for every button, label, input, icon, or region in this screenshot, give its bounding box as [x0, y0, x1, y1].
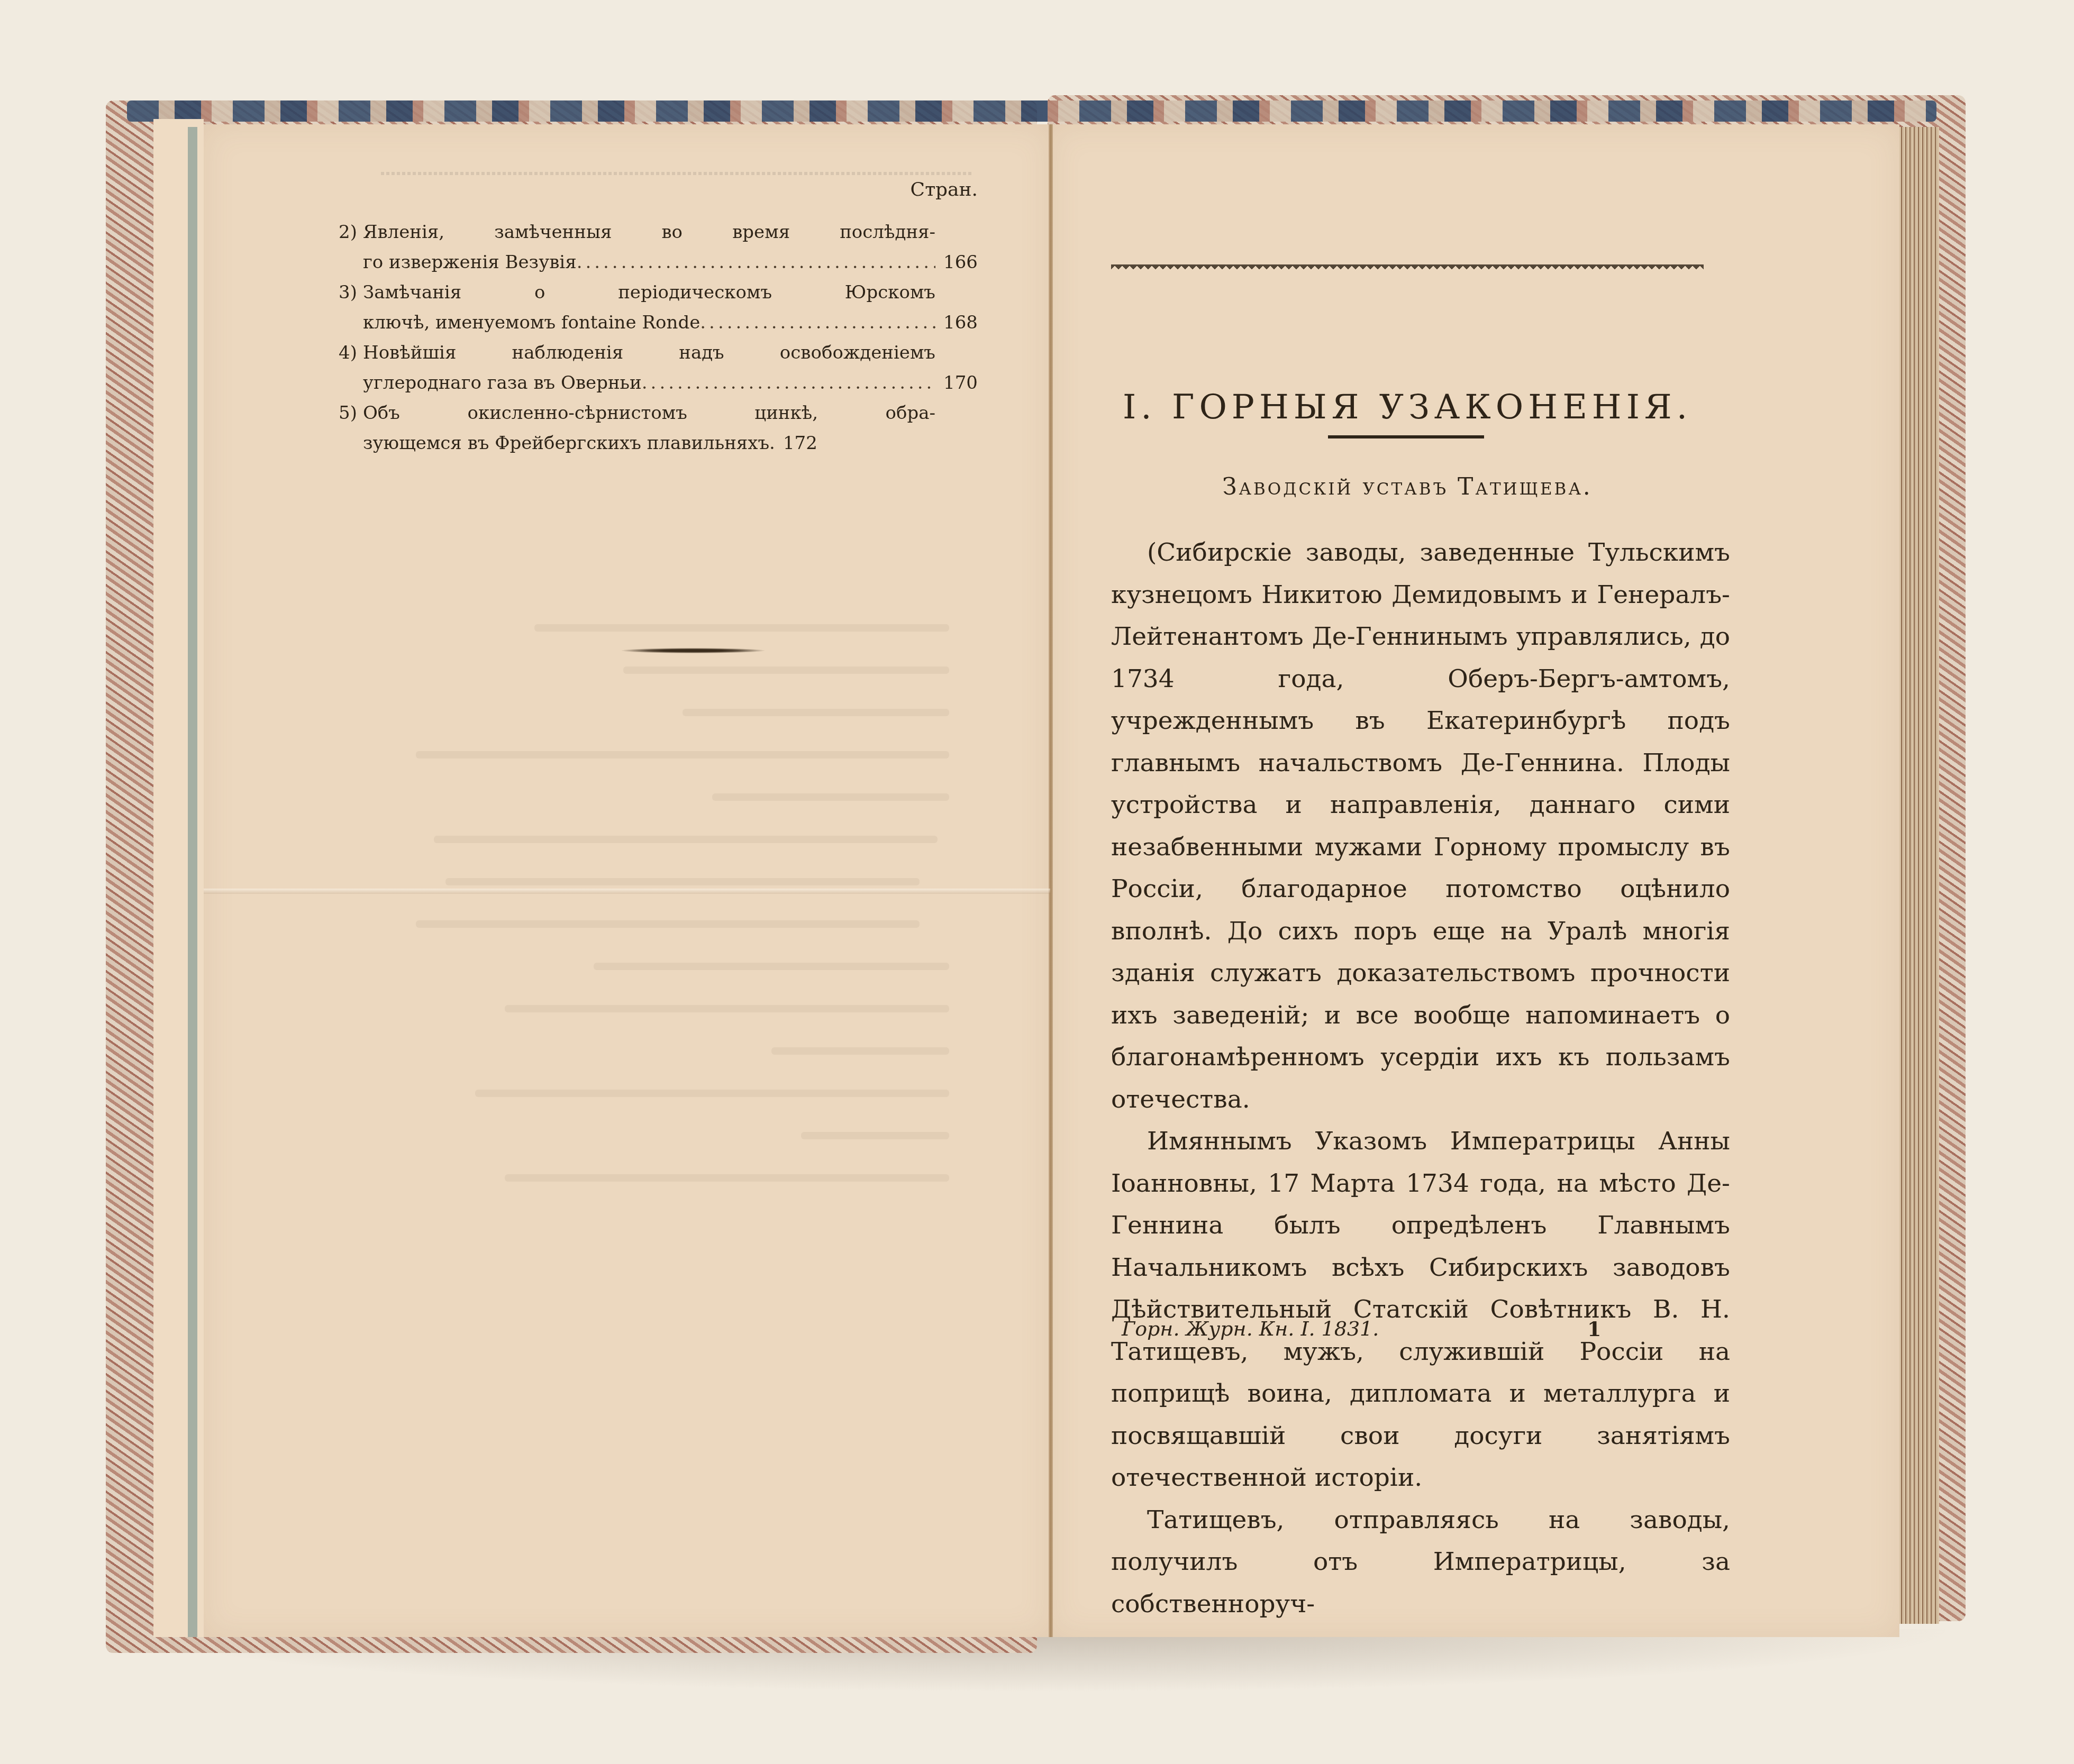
toc-page-number: 170 [935, 368, 978, 398]
binding-strip [188, 127, 197, 1637]
show-through-text [386, 624, 979, 1217]
toc-entry-line: углероднаго газа въ Оверньи [363, 368, 642, 398]
signature-mark: 1 [1587, 1317, 1601, 1341]
headpiece-zigzag-rule [1111, 264, 1704, 278]
table-of-contents: Стран. 2) Явленія, замѣченныя во время п… [339, 175, 989, 459]
toc-header: Стран. [339, 175, 978, 205]
toc-entry: 4) Новѣйшія наблюденія надъ освобожденіе… [339, 338, 989, 398]
toc-entry: 2) Явленія, замѣченныя во время послѣдня… [339, 217, 989, 278]
toc-entry-number: 5) [339, 398, 363, 459]
paragraph: Имяннымъ Указомъ Императрицы Анны Іоанно… [1111, 1120, 1730, 1499]
toc-page-number: 168 [935, 308, 978, 338]
cover-top-edge [127, 100, 1936, 122]
page-footer: Горн. Журн. Кн. I. 1831. 1 [1122, 1317, 1651, 1340]
toc-entry-line: Новѣйшія наблюденія надъ освобожденіемъ [363, 338, 935, 368]
toc-page-number: 166 [935, 248, 978, 278]
chapter-title: I. ГОРНЫЯ УЗАКОНЕНІЯ. [1111, 388, 1704, 427]
leader-dots: ........................................… [700, 308, 935, 338]
paragraph: Татищевъ, отправляясь на заводы, получил… [1111, 1499, 1730, 1625]
leader-dots: ........................................… [642, 368, 935, 398]
body-text: (Сибирскіе заводы, заведенные Тульскимъ … [1111, 532, 1730, 1625]
toc-page-number: 172 [775, 428, 817, 459]
leader-dots: ........................................… [577, 248, 935, 278]
page-edges [1899, 127, 1939, 1624]
toc-entry-line: зующемся въ Фрейбергскихъ плавильняхъ. [363, 428, 775, 459]
toc-entry-number: 4) [339, 338, 363, 398]
toc-entry-line: Явленія, замѣченныя во время послѣдня- [363, 217, 935, 248]
toc-entry-line: Объ окисленно-сѣрнистомъ цинкѣ, обра- [363, 398, 935, 428]
toc-entry-line: Замѣчанія о періодическомъ Юрскомъ [363, 278, 935, 308]
gutter [1049, 124, 1053, 1637]
toc-entry-line: го изверженія Везувія [363, 248, 577, 278]
title-rule [1328, 435, 1484, 438]
toc-entry-number: 2) [339, 217, 363, 278]
toc-entry-number: 3) [339, 278, 363, 338]
toc-entry-line: ключѣ, именуемомъ fontaine Ronde [363, 308, 700, 338]
toc-entry: 3) Замѣчанія о періодическомъ Юрскомъ кл… [339, 278, 989, 338]
signature-line: Горн. Журн. Кн. I. 1831. [1122, 1317, 1379, 1340]
section-subtitle: Заводскій уставъ Татищева. [1111, 473, 1704, 500]
toc-entry: 5) Объ окисленно-сѣрнистомъ цинкѣ, обра-… [339, 398, 989, 459]
paragraph: (Сибирскіе заводы, заведенные Тульскимъ … [1111, 532, 1730, 1120]
